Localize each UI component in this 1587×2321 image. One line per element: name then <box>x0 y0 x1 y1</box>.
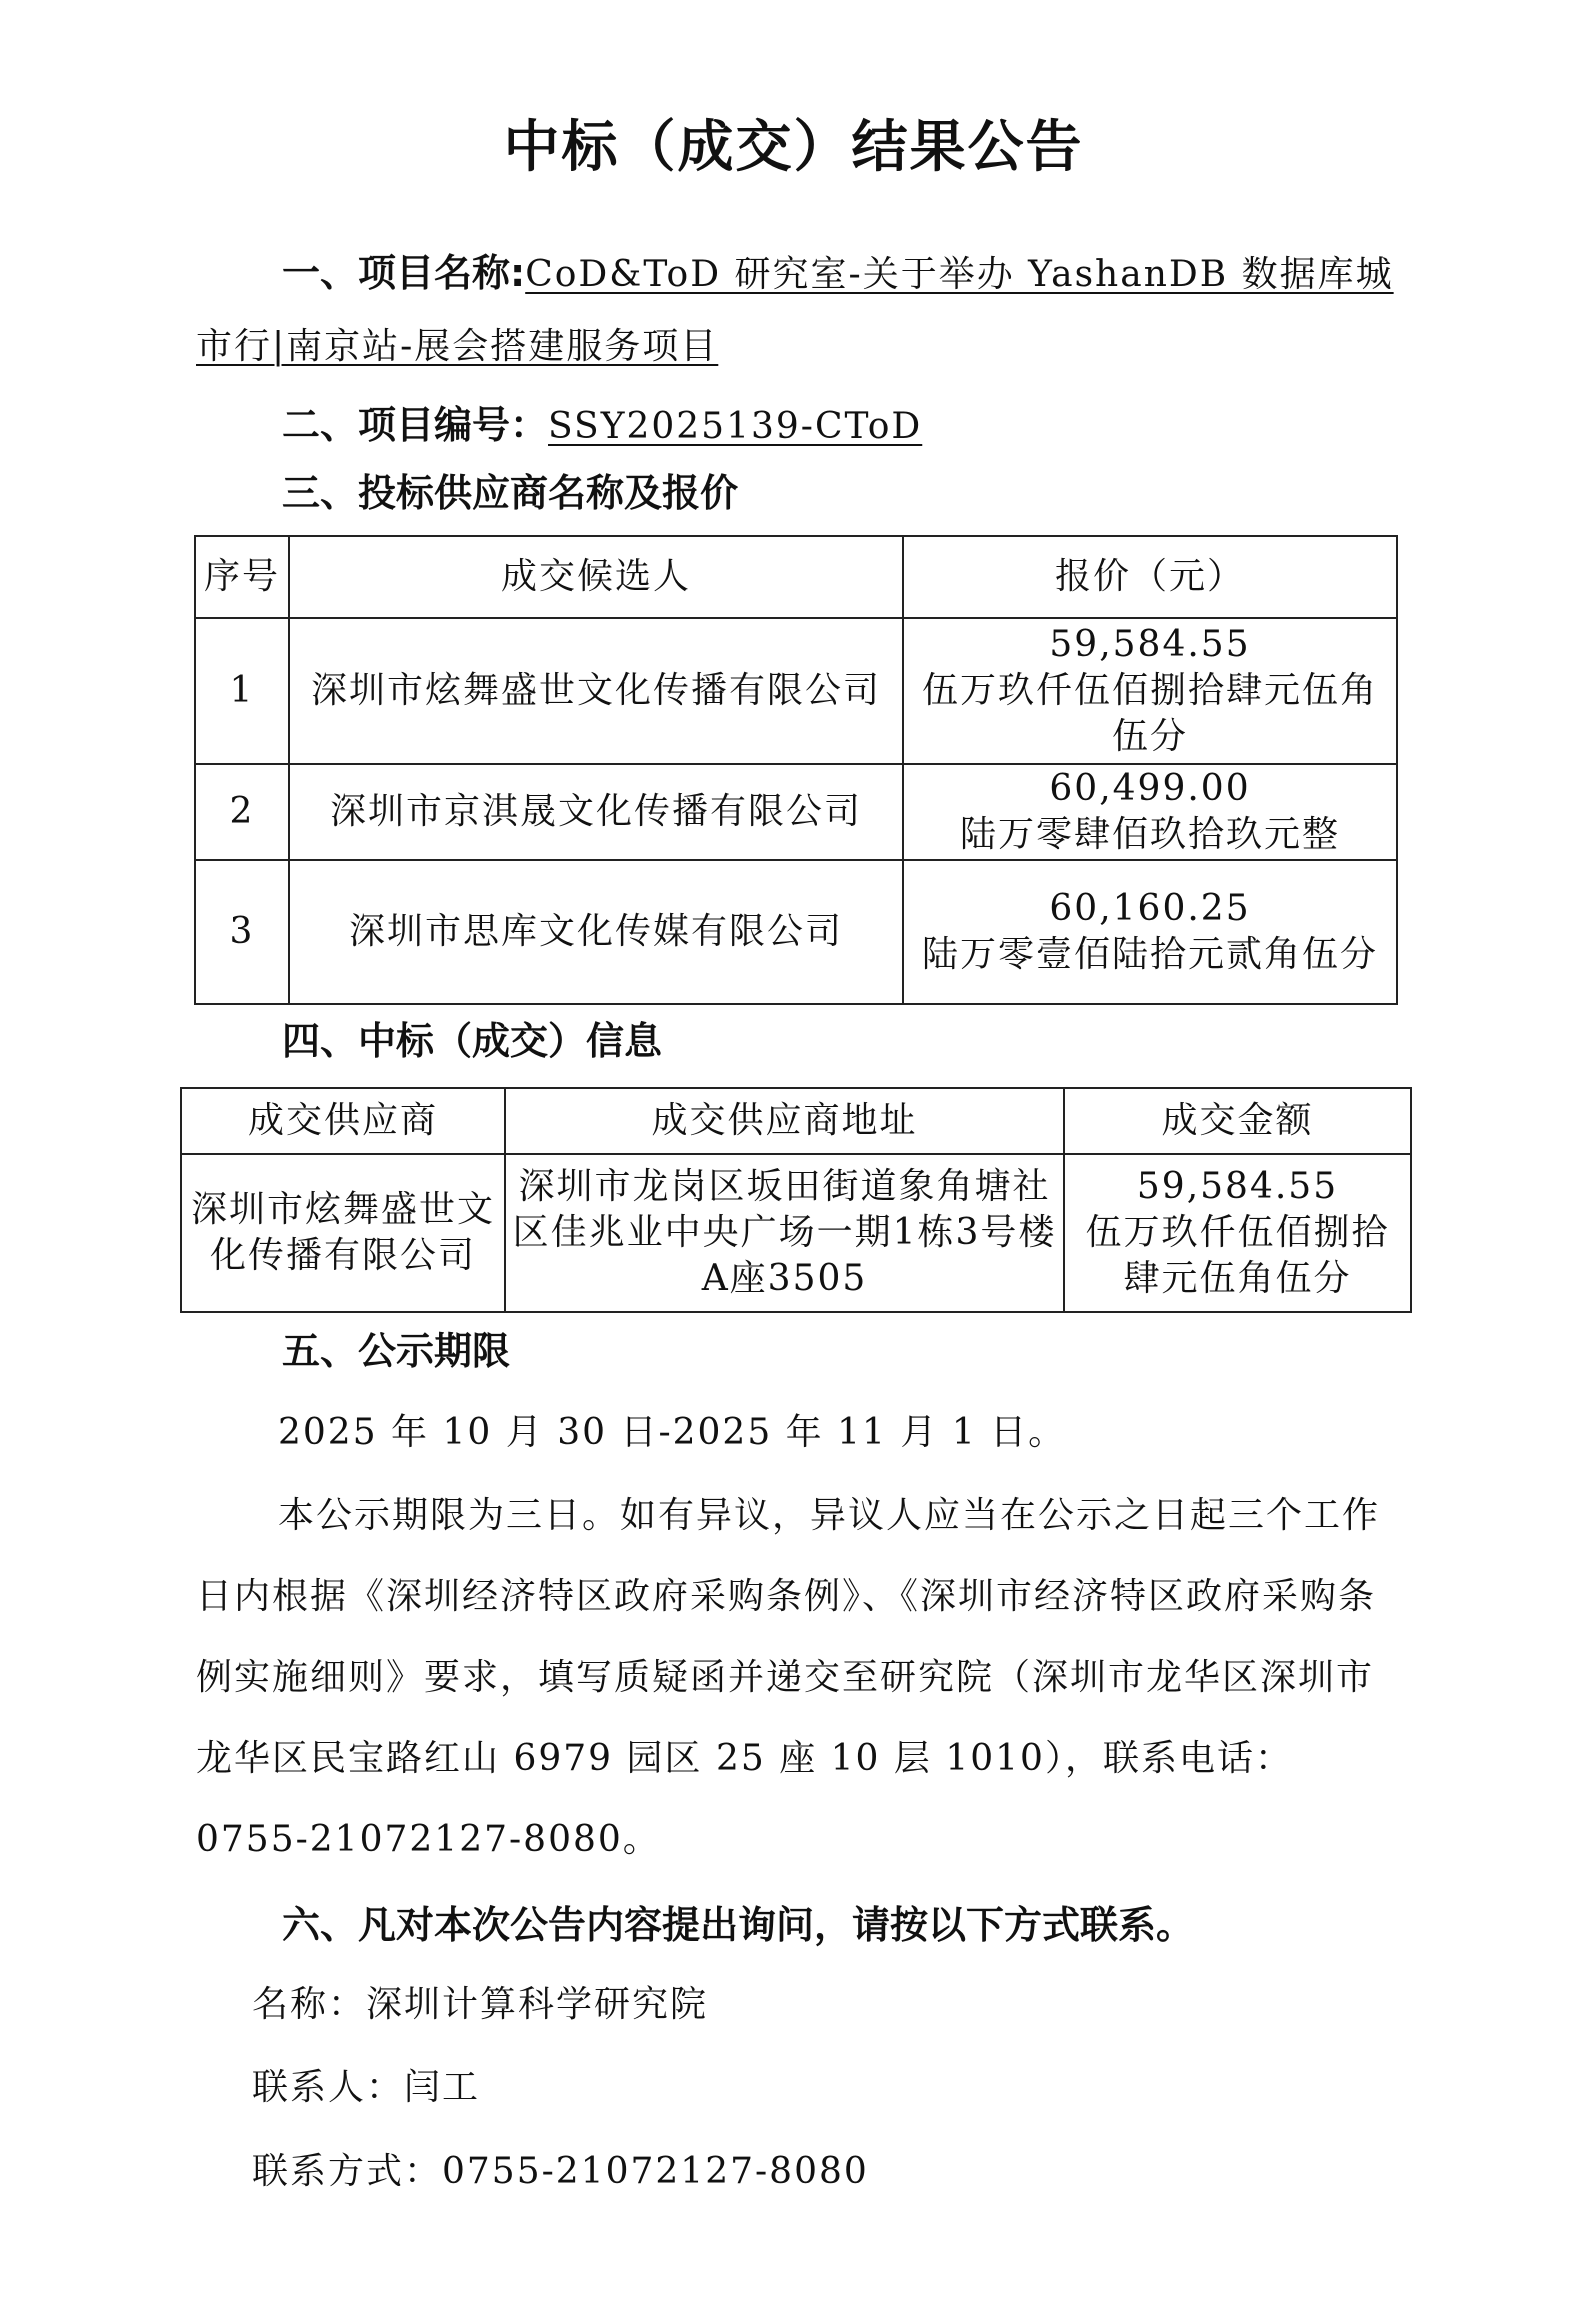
col-header-candidate: 成交候选人 <box>289 536 903 618</box>
row-candidate: 深圳市思库文化传媒有限公司 <box>289 860 903 1004</box>
row-price: 60,499.00 陆万零肆佰玖拾玖元整 <box>903 764 1397 860</box>
price-number: 59,584.55 <box>910 622 1390 668</box>
table-header-row: 序号 成交候选人 报价（元） <box>195 536 1397 618</box>
publicity-period: 2025 年 10 月 30 日-2025 年 11 月 1 日。 <box>278 1408 1066 1458</box>
award-address: 深圳市龙岗区坂田街道象角塘社区佳兆业中央广场一期1栋3号楼A座3505 <box>505 1154 1064 1312</box>
price-chinese: 陆万零壹佰陆拾元贰角伍分 <box>910 932 1390 978</box>
project-name-label: 一、项目名称: <box>282 251 525 295</box>
section-bids-heading: 三、投标供应商名称及报价 <box>282 468 738 518</box>
row-price: 60,160.25 陆万零壹佰陆拾元贰角伍分 <box>903 860 1397 1004</box>
col-header-supplier: 成交供应商 <box>181 1088 505 1154</box>
contact-name: 名称：深圳计算科学研究院 <box>252 1980 708 2030</box>
project-name-line1: 一、项目名称:CoD&ToD 研究室-关于举办 YashanDB 数据库城 <box>282 248 1394 300</box>
col-header-price: 报价（元） <box>903 536 1397 618</box>
table-row: 2 深圳市京淇晟文化传播有限公司 60,499.00 陆万零肆佰玖拾玖元整 <box>195 764 1397 860</box>
row-no: 1 <box>195 618 289 764</box>
award-table: 成交供应商 成交供应商地址 成交金额 深圳市炫舞盛世文化传播有限公司 深圳市龙岗… <box>180 1087 1412 1313</box>
section-publicity-heading: 五、公示期限 <box>282 1326 510 1376</box>
project-code-line: 二、项目编号：SSY2025139-CToD <box>282 400 922 452</box>
project-code-value: SSY2025139-CToD <box>548 406 922 447</box>
amount-number: 59,584.55 <box>1071 1164 1404 1210</box>
col-header-no: 序号 <box>195 536 289 618</box>
bids-table: 序号 成交候选人 报价（元） 1 深圳市炫舞盛世文化传播有限公司 59,584.… <box>194 535 1398 1005</box>
price-number: 60,160.25 <box>910 886 1390 932</box>
amount-chinese: 伍万玖仟伍佰捌拾肆元伍角伍分 <box>1071 1210 1404 1302</box>
price-number: 60,499.00 <box>910 766 1390 812</box>
project-name-value: CoD&ToD 研究室-关于举办 YashanDB 数据库城 <box>525 254 1393 295</box>
project-name-line2: 市行|南京站-展会搭建服务项目 <box>196 322 718 378</box>
row-candidate: 深圳市炫舞盛世文化传播有限公司 <box>289 618 903 764</box>
section-contact-heading: 六、凡对本次公告内容提出询问，请按以下方式联系。 <box>282 1900 1194 1950</box>
section-award-heading: 四、中标（成交）信息 <box>282 1016 662 1066</box>
publicity-notice: 本公示期限为三日。如有异议，异议人应当在公示之日起三个工作日内根据《深圳经济特区… <box>196 1475 1406 1880</box>
col-header-amount: 成交金额 <box>1064 1088 1411 1154</box>
price-chinese: 伍万玖仟伍佰捌拾肆元伍角伍分 <box>910 668 1390 760</box>
contact-phone: 联系方式：0755-21072127-8080 <box>252 2147 869 2197</box>
row-no: 3 <box>195 860 289 1004</box>
award-amount: 59,584.55 伍万玖仟伍佰捌拾肆元伍角伍分 <box>1064 1154 1411 1312</box>
page-title: 中标（成交）结果公告 <box>0 108 1587 188</box>
row-no: 2 <box>195 764 289 860</box>
project-name-value-cont: 市行|南京站-展会搭建服务项目 <box>196 326 718 367</box>
row-candidate: 深圳市京淇晟文化传播有限公司 <box>289 764 903 860</box>
award-supplier: 深圳市炫舞盛世文化传播有限公司 <box>181 1154 505 1312</box>
project-code-label: 二、项目编号： <box>282 403 548 447</box>
price-chinese: 陆万零肆佰玖拾玖元整 <box>910 812 1390 858</box>
contact-person: 联系人：闫工 <box>252 2063 480 2113</box>
row-price: 59,584.55 伍万玖仟伍佰捌拾肆元伍角伍分 <box>903 618 1397 764</box>
table-row: 3 深圳市思库文化传媒有限公司 60,160.25 陆万零壹佰陆拾元贰角伍分 <box>195 860 1397 1004</box>
col-header-address: 成交供应商地址 <box>505 1088 1064 1154</box>
table-row: 深圳市炫舞盛世文化传播有限公司 深圳市龙岗区坂田街道象角塘社区佳兆业中央广场一期… <box>181 1154 1411 1312</box>
table-header-row: 成交供应商 成交供应商地址 成交金额 <box>181 1088 1411 1154</box>
table-row: 1 深圳市炫舞盛世文化传播有限公司 59,584.55 伍万玖仟伍佰捌拾肆元伍角… <box>195 618 1397 764</box>
